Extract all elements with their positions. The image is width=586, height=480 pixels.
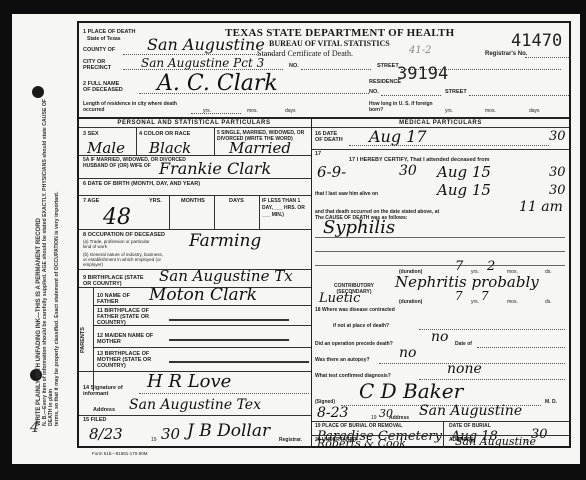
duration-mos: 2 xyxy=(487,259,495,274)
filed-year: 30 xyxy=(161,425,180,443)
duration-yrs: 7 xyxy=(455,259,463,274)
occupation-label: 8 OCCUPATION OF DECEASED xyxy=(83,232,165,238)
personal-section-header: PERSONAL AND STATISTICAL PARTICULARS xyxy=(79,120,309,126)
foreign-born-label: How long in U. S. if foreign born? xyxy=(369,101,439,113)
attended-from: 6-9- xyxy=(317,163,346,181)
autopsy-value: no xyxy=(399,345,416,361)
father-label: 10 NAME OF FATHER xyxy=(97,293,147,305)
date-of-death-label: 16 DATE OF DEATH xyxy=(315,131,345,143)
last-saw-year: 30 xyxy=(549,183,566,198)
father-value: Moton Clark xyxy=(149,285,257,305)
informant-address: San Augustine Tex xyxy=(129,397,261,413)
contrib-mos: 7 xyxy=(481,289,489,303)
instruction-line: terms, so that it may be properly classi… xyxy=(54,96,60,426)
occupation-b-label: (b) General nature of industry, business… xyxy=(83,252,163,267)
signed-date: 8-23 xyxy=(317,405,348,421)
cause-value: Syphilis xyxy=(323,217,395,238)
last-saw-date: Aug 15 xyxy=(437,181,491,199)
address-label: Address xyxy=(93,407,115,413)
age-yrs-label: Yrs. xyxy=(149,198,162,204)
contributory-secondary: Luetic xyxy=(319,291,360,306)
contrib-duration-label: (duration) xyxy=(399,299,422,305)
birthplace-label: 9 BIRTHPLACE (State or country) xyxy=(83,275,153,287)
us-mos-label: mos. xyxy=(485,108,496,114)
parents-label: PARENTS xyxy=(80,327,86,353)
age-label: 7 AGE xyxy=(83,198,99,204)
operation-date-label: Date of xyxy=(455,341,472,347)
residence-no-label: No. xyxy=(369,89,379,95)
registrar-signature: J B Dollar xyxy=(187,421,270,441)
spouse-value: Frankie Clark xyxy=(159,159,271,178)
medical-section-header: MEDICAL PARTICULARS xyxy=(312,120,569,126)
yrs-label: yrs. xyxy=(203,108,211,114)
state-label: State of Texas xyxy=(87,36,121,42)
operation-label: Did an operation precede death? xyxy=(315,341,393,347)
pencil-mark: 41-2 xyxy=(409,45,431,56)
occupation-value: Farming xyxy=(189,231,261,251)
date-of-death-year: 30 xyxy=(549,129,566,144)
contrib-yrs: 7 xyxy=(455,289,463,303)
sex-label: 3 SEX xyxy=(83,131,99,137)
physician-signature: C D Baker xyxy=(359,379,463,403)
time-of-death: 11 am xyxy=(519,199,563,215)
physician-address: San Augustine xyxy=(419,403,522,419)
mother-birthplace-label: 13 BIRTHPLACE OF MOTHER (State or countr… xyxy=(97,351,167,369)
no-label: No. xyxy=(289,63,299,69)
mother-label: 12 MAIDEN NAME OF MOTHER xyxy=(97,333,167,345)
residence-label: Residence xyxy=(369,79,401,85)
page-title: TEXAS STATE DEPARTMENT OF HEALTH xyxy=(225,27,454,39)
undertaker-value: Roberts & Cook xyxy=(317,437,406,450)
attended-to: Aug 15 xyxy=(437,163,491,181)
us-yrs-label: yrs. xyxy=(445,108,453,114)
residence-length-label: Length of residence in city where death … xyxy=(83,101,183,113)
dob-label: 6 DATE OF BIRTH (Month, day, and year) xyxy=(83,181,213,187)
father-birthplace-label: 11 BIRTHPLACE OF FATHER (State or countr… xyxy=(97,308,167,326)
birthplace-value: San Augustine Tx xyxy=(159,267,293,285)
attended-from-year: 30 xyxy=(399,163,417,179)
us-days-label: days xyxy=(529,108,540,114)
occupation-a-label: (a) Trade, profession or particular kind… xyxy=(83,239,153,249)
autopsy-label: Was there an autopsy? xyxy=(315,357,370,363)
days-label: Days xyxy=(229,198,244,204)
months-label: Months xyxy=(181,198,205,204)
place-of-death-label: 1 PLACE OF DEATH xyxy=(83,29,135,35)
registrar-suffix: Registrar. xyxy=(279,437,302,443)
where-contracted-label: 18 Where was disease contracted xyxy=(315,307,395,313)
filed-label: 15 FILED xyxy=(83,417,107,423)
side-instructions: WRITE PLAINLY WITH UNFADING INK—THIS IS … xyxy=(14,96,54,436)
contributory-value: Nephritis probably xyxy=(395,273,539,291)
date-of-death: Aug 17 xyxy=(369,127,427,146)
deceased-name: A. C. Clark xyxy=(157,71,278,96)
mos-label: mos. xyxy=(247,108,258,114)
form-title: Standard Certificate of Death. xyxy=(257,49,353,58)
residence-street-label: Street xyxy=(445,89,467,95)
less-than-label: If LESS than 1 day, ___ hrs. or ___ min.… xyxy=(262,198,310,219)
street-label: Street xyxy=(377,63,399,69)
age-value: 48 xyxy=(103,205,131,230)
instruction-line: N. B.—Every item of information should b… xyxy=(42,96,54,426)
filed-date: 8/23 xyxy=(89,425,123,443)
bureau-title: BUREAU OF VITAL STATISTICS xyxy=(269,39,390,48)
form-number: Form 51b—81581-170-80M xyxy=(92,451,148,456)
test-value: none xyxy=(447,361,482,377)
registrar-number: 41470 xyxy=(511,31,562,51)
md-label: M. D. xyxy=(545,399,557,405)
margin-mark: 4 xyxy=(30,420,39,436)
registrar-label: Registrar's No. xyxy=(485,51,527,57)
color-label: 4 COLOR OR RACE xyxy=(139,131,190,137)
last-saw-label: that I last saw him alive on xyxy=(315,191,378,197)
file-number: 39194 xyxy=(397,64,448,84)
informant-value: H R Love xyxy=(147,371,231,392)
city-value: San Augustine Pct 3 xyxy=(141,56,264,70)
operation-value: no xyxy=(431,329,448,345)
certificate-frame: 1 PLACE OF DEATH State of Texas COUNTY O… xyxy=(77,21,571,448)
days-label: days xyxy=(285,108,296,114)
county-label: COUNTY OF xyxy=(83,47,115,53)
informant-label: 14 Signature of informant xyxy=(83,385,143,397)
not-place-label: if not at place of death? xyxy=(333,323,389,329)
attended-to-year: 30 xyxy=(549,165,566,180)
undertaker-address: San Augustine xyxy=(455,435,536,448)
